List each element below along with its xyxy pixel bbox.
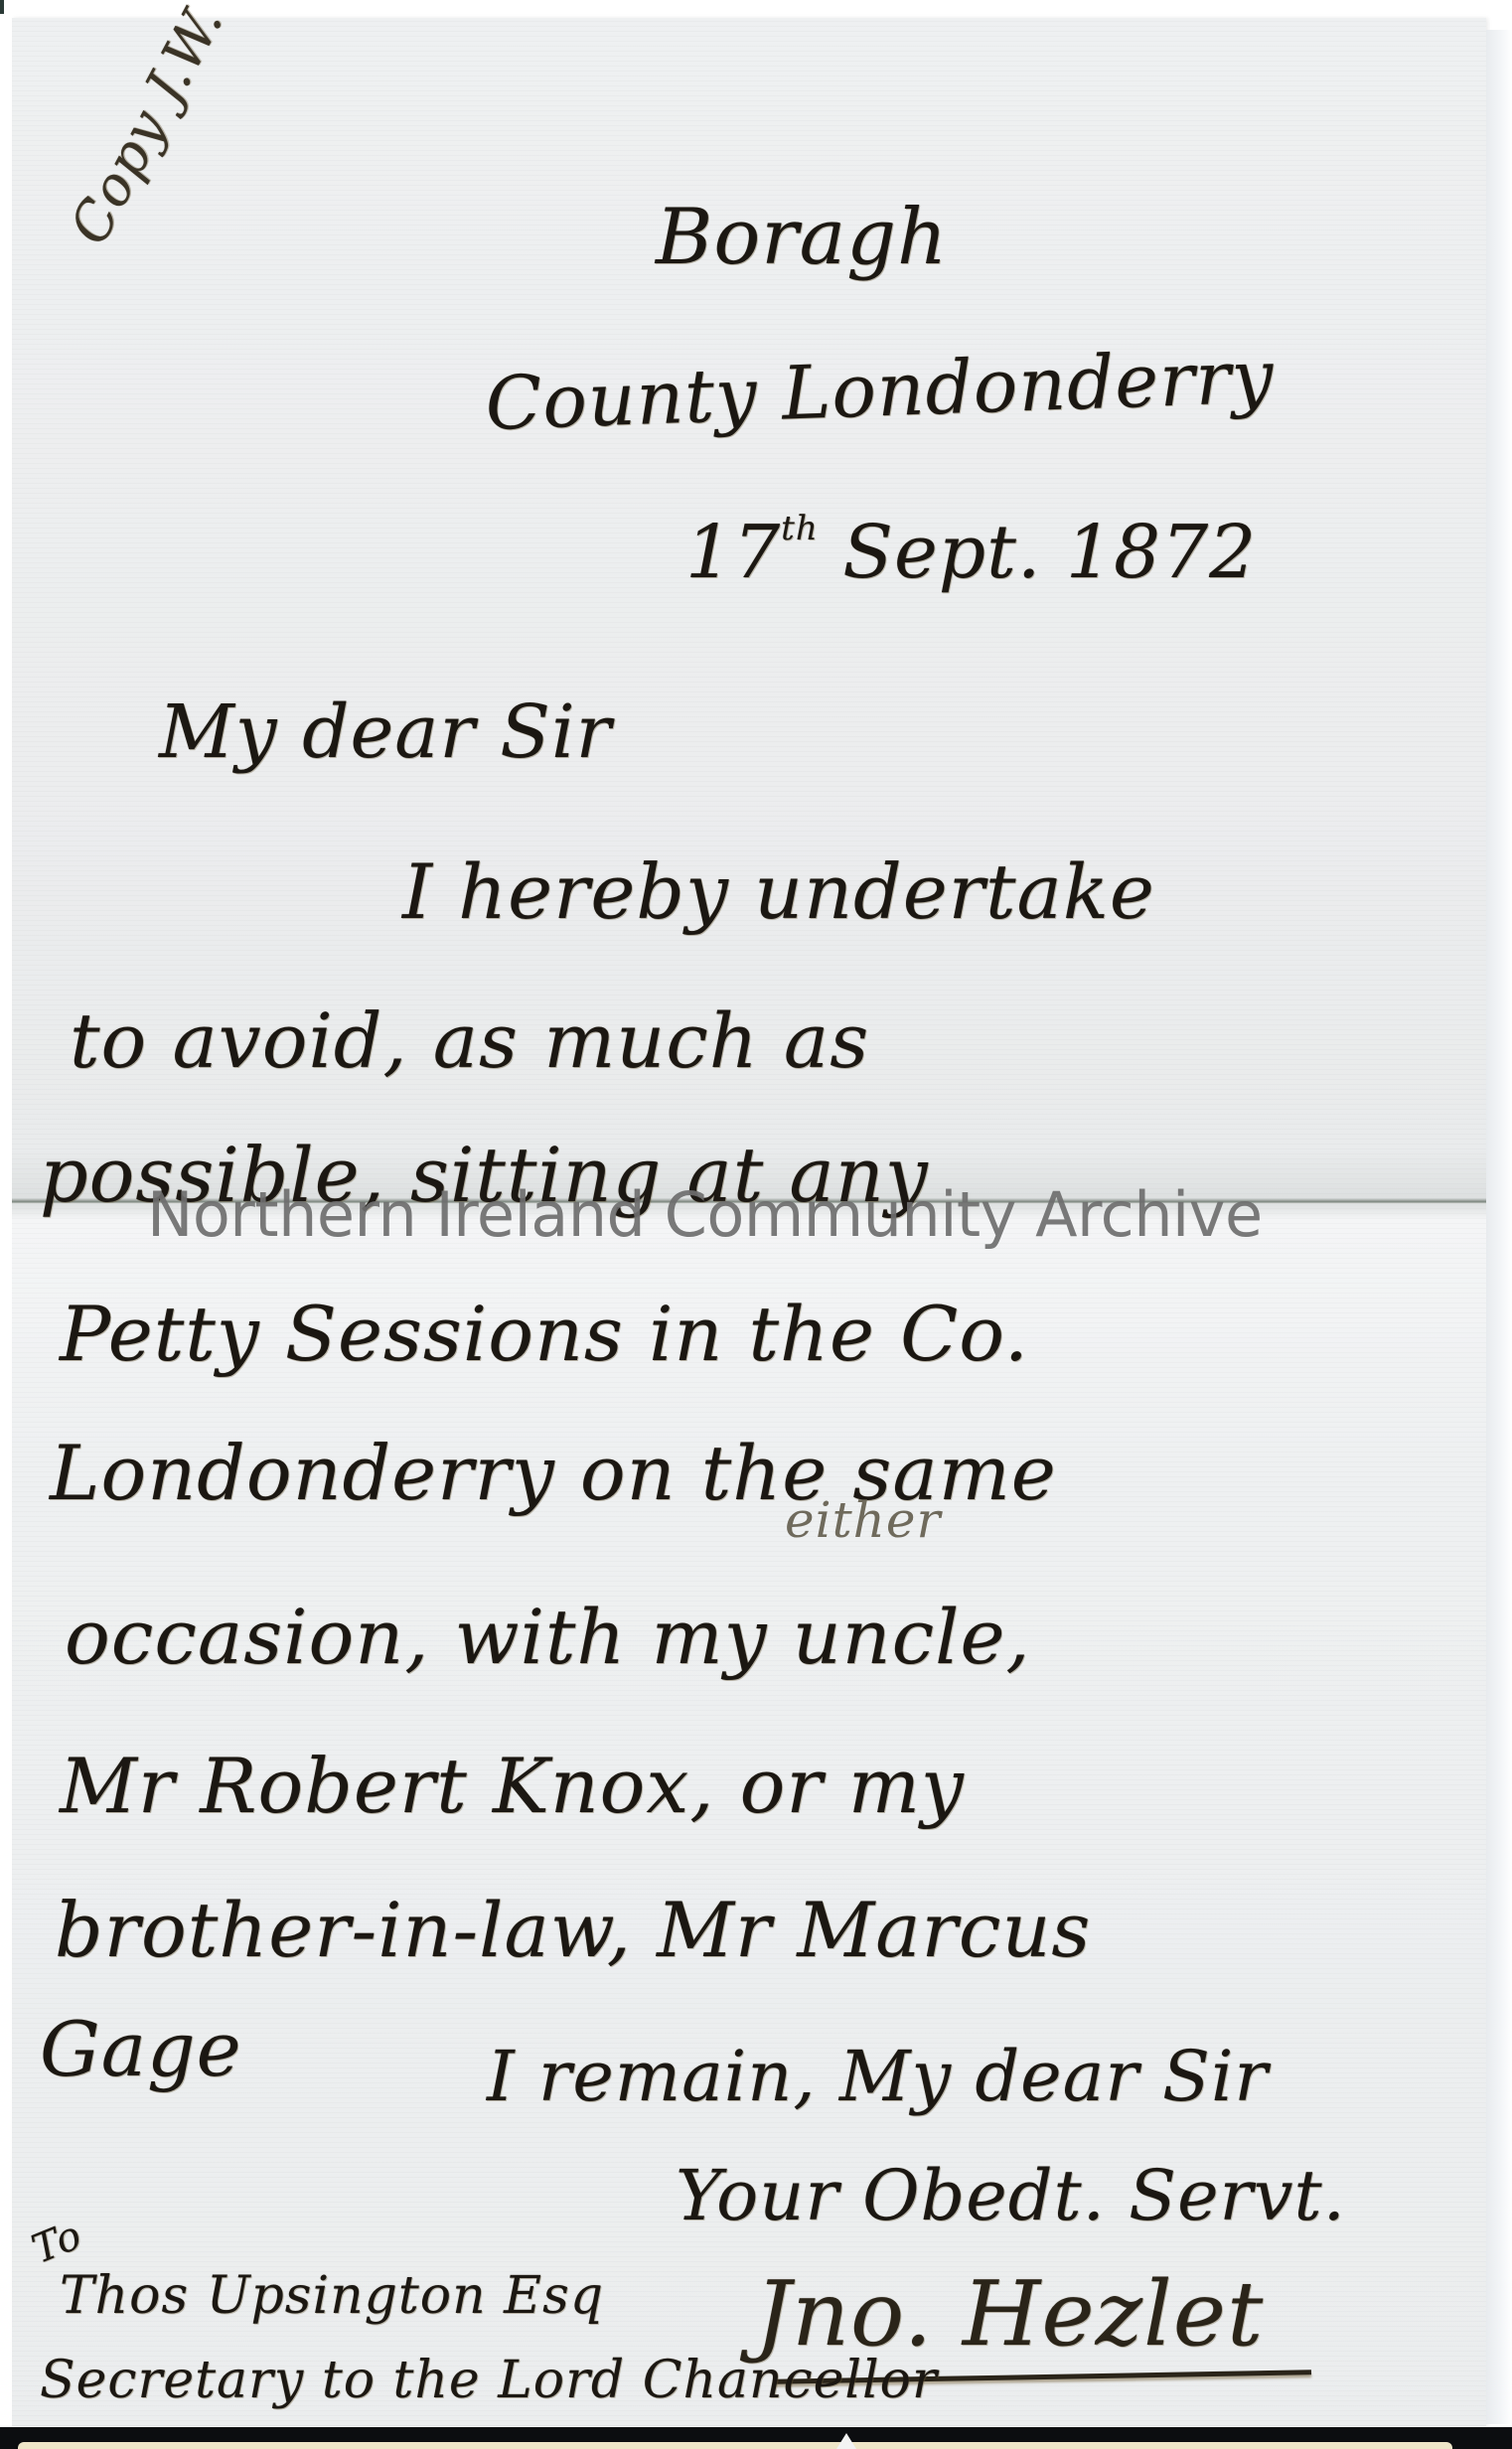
salutation: My dear Sir (159, 695, 612, 769)
closing-line: I remain, My dear Sir (487, 2042, 1269, 2111)
date-suffix: th (781, 509, 819, 548)
recipient-title: Secretary to the Lord Chancellor (40, 2355, 938, 2406)
date-month-year: Sept. 1872 (842, 510, 1257, 595)
recipient-name: Thos Upsington Esq (60, 2270, 604, 2322)
scan-right-margin (1486, 30, 1512, 2424)
body-line: I hereby undertake (402, 854, 1155, 930)
letter-date: 17th Sept. 1872 (685, 512, 1257, 589)
next-page-edge (18, 2442, 1452, 2449)
body-line: Mr Robert Knox, or my (60, 1749, 965, 1824)
valediction: Your Obedt. Servt. (676, 2161, 1346, 2230)
address-place: Boragh (656, 199, 948, 276)
body-line: to avoid, as much as (70, 1003, 869, 1079)
inserted-word: either (785, 1495, 941, 1545)
scan-bottom-border (0, 2427, 1512, 2449)
scanned-letter-page: Copy J.W. Boragh County Londonderry 17th… (0, 0, 1512, 2449)
archive-watermark: Northern Ireland Community Archive (147, 1184, 1263, 1246)
body-final-word: Gage (40, 2012, 242, 2087)
scan-notch (836, 2433, 856, 2449)
date-day: 17 (685, 510, 781, 595)
body-line: Petty Sessions in the Co. (60, 1297, 1029, 1372)
body-line: occasion, with my uncle, (65, 1600, 1031, 1675)
body-line: brother-in-law, Mr Marcus (55, 1893, 1091, 1968)
signature: Jno. Hezlet (755, 2270, 1264, 2360)
scan-edge-mark (0, 0, 4, 14)
